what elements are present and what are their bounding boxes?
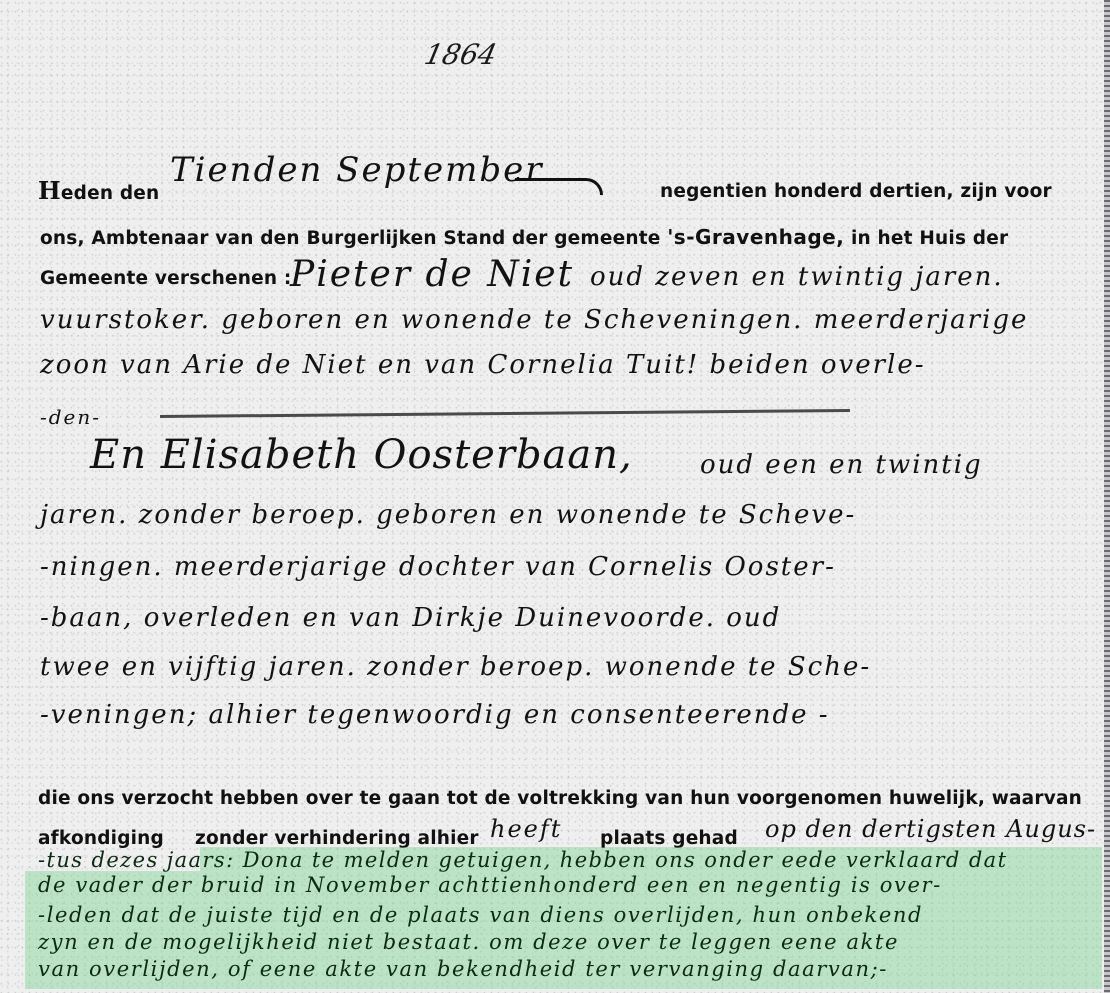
civil-registry-marriage-record: 1864 Heden den Tienden September negenti… bbox=[0, 0, 1110, 993]
printed-bottom-line-2a: afkondiging bbox=[38, 828, 164, 849]
printed-text: in het Huis der bbox=[851, 228, 1008, 249]
highlighted-line-5: van overlijden, of eene akte van bekendh… bbox=[38, 957, 888, 981]
drop-cap: H bbox=[38, 176, 61, 205]
printed-bottom-line-2c: plaats gehad bbox=[600, 828, 738, 849]
scan-edge bbox=[1104, 0, 1110, 993]
highlighted-line-3: -leden dat de juiste tijd en de plaats v… bbox=[38, 903, 923, 927]
year-annotation: 1864 bbox=[421, 38, 499, 71]
groom-line-2: vuurstoker. geboren en wonende te Scheve… bbox=[40, 305, 1028, 335]
printed-line-2: ons, Ambtenaar van den Burgerlijken Stan… bbox=[40, 225, 1008, 249]
groom-age: oud zeven en twintig jaren. bbox=[590, 262, 1004, 292]
printed-bottom-line-1: die ons verzocht hebben over te gaan tot… bbox=[38, 788, 1082, 809]
printed-text: eden den bbox=[61, 183, 160, 204]
printed-bottom-line-2b: zonder verhindering alhier bbox=[195, 828, 479, 849]
printed-text: ons, Ambtenaar van den Burgerlijken Stan… bbox=[40, 228, 661, 249]
printed-line-1: Heden den bbox=[38, 176, 159, 205]
highlighted-line-2: de vader der bruid in November achttienh… bbox=[38, 873, 942, 897]
city-name: 's-Gravenhage, bbox=[667, 225, 844, 249]
bride-heading: En Elisabeth Oosterbaan, bbox=[90, 432, 633, 478]
bride-line-5: twee en vijftig jaren. zonder beroep. wo… bbox=[40, 652, 871, 682]
highlighted-line-1: -tus dezes jaars: Dona te melden getuige… bbox=[38, 848, 1007, 872]
bride-name: Elisabeth Oosterbaan, bbox=[161, 432, 633, 478]
handwritten-date: Tienden September bbox=[170, 150, 544, 190]
bride-line-3: -ningen. meerderjarige dochter van Corne… bbox=[40, 552, 836, 582]
bride-line-2: jaren. zonder beroep. geboren en wonende… bbox=[40, 500, 856, 530]
bride-line-6: -veningen; alhier tegenwoordig en consen… bbox=[40, 700, 830, 730]
groom-name: Pieter de Niet bbox=[290, 254, 574, 295]
groom-line-4: -den- bbox=[40, 405, 101, 429]
date-flourish bbox=[515, 178, 603, 195]
printed-line-3: Gemeente verschenen : bbox=[40, 268, 291, 289]
bride-line-4: -baan, overleden en van Dirkje Duinevoor… bbox=[40, 603, 781, 633]
bride-prefix: En bbox=[90, 432, 147, 478]
groom-line-3: zoon van Arie de Niet en van Cornelia Tu… bbox=[40, 350, 926, 380]
handwritten-heeft: heeft bbox=[490, 815, 562, 843]
separator-line bbox=[160, 409, 850, 418]
highlighted-line-4: zyn en de mogelijkheid niet bestaat. om … bbox=[38, 930, 899, 954]
handwritten-date-afkondiging: op den dertigsten Augus- bbox=[765, 815, 1096, 843]
bride-age: oud een en twintig bbox=[700, 450, 983, 480]
printed-line-1-end: negentien honderd dertien, zijn voor bbox=[660, 181, 1052, 202]
